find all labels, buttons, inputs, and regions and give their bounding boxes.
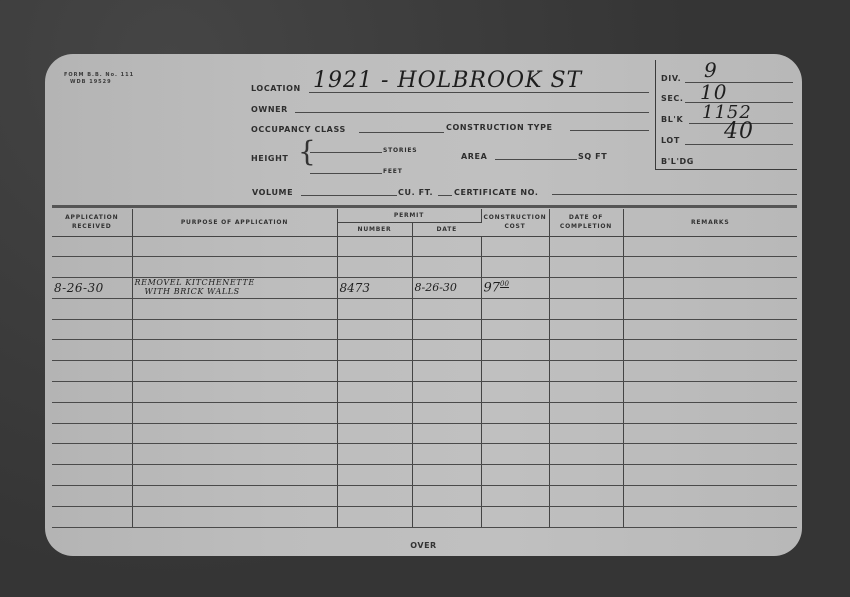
purpose-line-1: REMOVEL KITCHENETTE (135, 278, 255, 287)
table-row (52, 382, 797, 403)
bldg-label: B'L'DG (661, 157, 694, 166)
table-row (52, 340, 797, 361)
cell-number: 8473 (337, 278, 412, 299)
cost-dollars: 97 (484, 281, 501, 296)
col-permit-date: DATE (412, 222, 481, 236)
cell-cost: 9700 (481, 278, 549, 299)
col-purpose: PURPOSE OF APPLICATION (132, 209, 337, 236)
area-label: AREA (461, 152, 487, 161)
table-top-rule (52, 205, 797, 208)
lot-label: LOT (661, 136, 680, 145)
cell-completion (549, 278, 623, 299)
volume-line (301, 195, 397, 196)
cell-completion (549, 236, 623, 257)
col-permit: PERMIT (337, 209, 481, 222)
owner-line (295, 112, 649, 113)
col-construction-cost: CONSTRUCTION COST (481, 209, 549, 236)
sec-label: SEC. (661, 94, 684, 103)
location-label: LOCATION (251, 84, 301, 93)
permit-record-card: FORM B.B. No. 111 WDB 19529 LOCATION 192… (45, 54, 802, 556)
stories-line (310, 152, 382, 153)
table-row (52, 423, 797, 444)
occupancy-class-line (359, 132, 444, 133)
construction-type-label: CONSTRUCTION TYPE (446, 123, 553, 132)
form-number-line-1: FORM B.B. No. 111 (64, 72, 134, 79)
sec-value: 10 (700, 80, 727, 104)
form-number-line-2: WDB 19529 (64, 79, 134, 86)
feet-line (310, 173, 382, 174)
over-footer: OVER (45, 541, 802, 550)
occupancy-class-label: OCCUPANCY CLASS (251, 125, 346, 134)
lot-value: 40 (724, 119, 754, 144)
table-row (52, 257, 797, 278)
cell-number (337, 257, 412, 278)
stories-label: STORIES (383, 147, 417, 154)
purpose-text: REMOVEL KITCHENETTE WITH BRICK WALLS (135, 278, 255, 296)
location-value: 1921 - HOLBROOK ST (313, 68, 582, 93)
sq-ft-label: SQ FT (578, 152, 607, 161)
cell-purpose (132, 236, 337, 257)
cell-date (412, 236, 481, 257)
table-row (52, 465, 797, 486)
div-label: DIV. (661, 74, 681, 83)
table-row: 8-26-30 REMOVEL KITCHENETTE WITH BRICK W… (52, 278, 797, 299)
permit-log-table: APPLICATION RECEIVED PURPOSE OF APPLICAT… (52, 209, 797, 528)
col-date-of-completion: DATE OF COMPLETION (549, 209, 623, 236)
construction-type-line (570, 130, 649, 131)
blk-label: BL'K (661, 115, 683, 124)
cell-completion (549, 257, 623, 278)
purpose-line-2: WITH BRICK WALLS (135, 287, 240, 296)
cell-purpose (132, 257, 337, 278)
col-remarks: REMARKS (623, 209, 797, 236)
table-row (52, 402, 797, 423)
cell-remarks (623, 278, 797, 299)
cu-ft-line (438, 195, 452, 196)
table-row (52, 444, 797, 465)
cell-received (52, 236, 132, 257)
cell-cost (481, 236, 549, 257)
cost-cents: 00 (500, 280, 509, 288)
height-label: HEIGHT (251, 154, 288, 163)
cell-number (337, 236, 412, 257)
div-value: 9 (704, 58, 718, 82)
form-number: FORM B.B. No. 111 WDB 19529 (64, 72, 134, 86)
cell-date: 8-26-30 (412, 278, 481, 299)
col-application-received: APPLICATION RECEIVED (52, 209, 132, 236)
cell-received: 8-26-30 (52, 278, 132, 299)
table-row (52, 298, 797, 319)
cell-date (412, 257, 481, 278)
cell-cost (481, 257, 549, 278)
certificate-line (552, 194, 797, 195)
cell-received (52, 257, 132, 278)
feet-label: FEET (383, 168, 403, 175)
table-row (52, 361, 797, 382)
cu-ft-label: CU. FT. (398, 188, 433, 197)
table-row (52, 506, 797, 527)
table-row (52, 319, 797, 340)
table-row (52, 486, 797, 507)
certificate-label: CERTIFICATE NO. (454, 188, 539, 197)
cell-remarks (623, 236, 797, 257)
table-row (52, 236, 797, 257)
cell-remarks (623, 257, 797, 278)
owner-label: OWNER (251, 105, 288, 114)
cell-purpose: REMOVEL KITCHENETTE WITH BRICK WALLS (132, 278, 337, 299)
col-permit-number: NUMBER (337, 222, 412, 236)
volume-label: VOLUME (252, 188, 293, 197)
area-line (495, 159, 577, 160)
parcel-box: DIV. 9 SEC. 10 BL'K 1152 LOT 40 B'L'DG (655, 60, 797, 170)
lot-line (685, 144, 793, 145)
